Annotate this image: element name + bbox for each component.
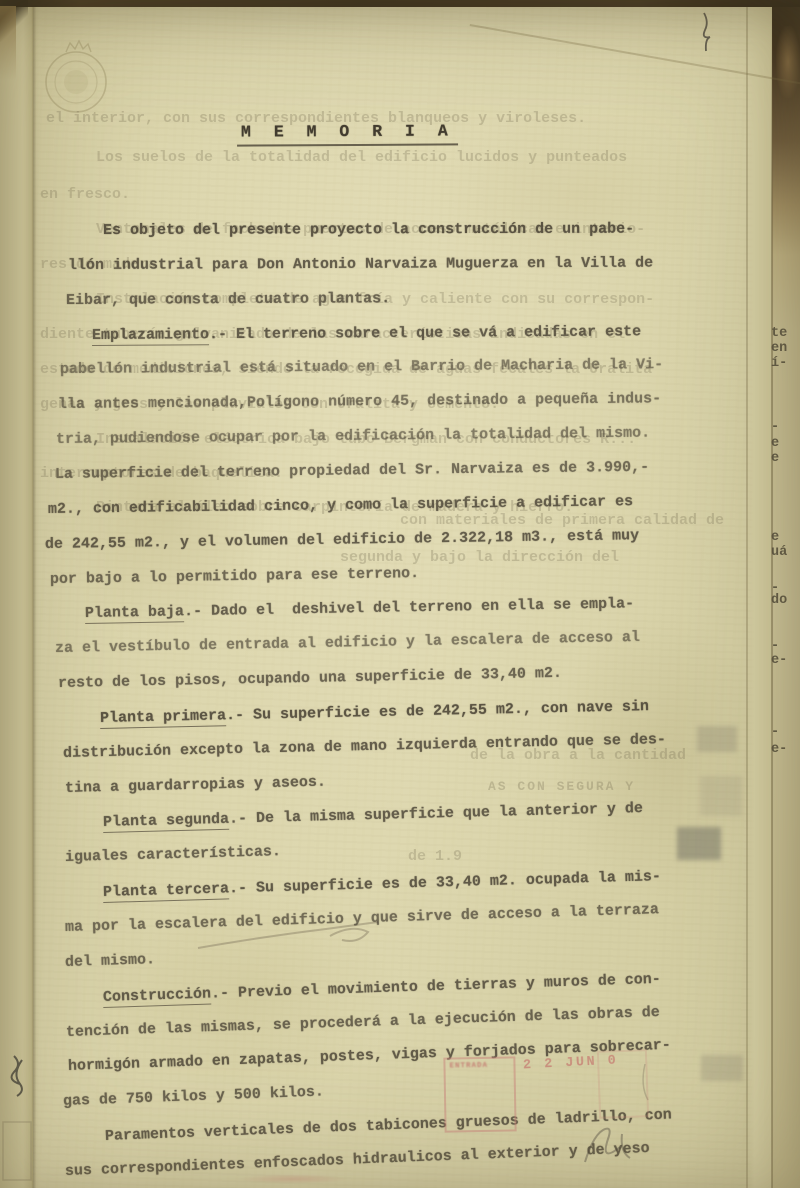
gray-smudge xyxy=(701,1055,743,1081)
text-line: sus correspondientes enfoscados hidrauli… xyxy=(65,1140,650,1180)
pencil-and-seal-marks xyxy=(0,0,800,1188)
margin-fragment: í- xyxy=(771,356,787,371)
document-title: M E M O R I A xyxy=(237,121,458,146)
scanned-document-photo: el interior, con sus correspondientes bl… xyxy=(0,0,800,1188)
margin-fragment: e xyxy=(771,530,779,545)
text-line: por bajo a lo permitido para ese terreno… xyxy=(50,565,419,588)
margin-fragment: e xyxy=(771,436,779,451)
photo-top-edge xyxy=(0,0,800,7)
top-left-shadow xyxy=(0,6,16,80)
text-line: resto de los pisos, ocupando una superfi… xyxy=(58,665,562,692)
margin-fragment: uá xyxy=(771,545,787,560)
paper-texture xyxy=(0,0,800,1188)
margin-fragment: e xyxy=(771,451,779,466)
text-line: Planta segunda.- De la misma superficie … xyxy=(103,800,643,831)
margin-fragment: e- xyxy=(771,653,787,668)
text-line: Planta tercera.- Su superficie es de 33,… xyxy=(103,868,661,901)
page-edge-highlight xyxy=(776,26,800,98)
text-line: iguales características. xyxy=(65,843,281,866)
gray-smudge xyxy=(697,726,737,752)
text-line: tención de las mismas, se procederá a la… xyxy=(66,1003,660,1040)
date-stamp-box: ENTRADA xyxy=(443,1056,516,1132)
text-line: za el vestíbulo de entrada al edificio y… xyxy=(55,629,640,657)
text-line: tina a guardarropias y aseos. xyxy=(65,773,326,796)
text-line: Emplazamiento.- El terreno sobre el que … xyxy=(92,323,641,344)
embossed-seal xyxy=(46,41,106,112)
margin-fragment: - xyxy=(771,639,779,654)
left-page-crease xyxy=(33,0,39,1188)
gray-smudge xyxy=(700,776,742,816)
text-line: Eibar, que consta de cuatro plantas. xyxy=(66,290,390,309)
text-line: ma por la escalera del edificio y que si… xyxy=(65,901,659,936)
bleed-through-line: Los suelos de la totalidad del edificio … xyxy=(96,149,627,166)
text-line: del mismo. xyxy=(65,951,156,971)
bleed-through-line: segunda y bajo la dirección del xyxy=(340,549,619,566)
margin-fragment: - xyxy=(771,420,779,435)
margin-fragment: do xyxy=(771,593,787,608)
text-line: Planta primera.- Su superficie es de 242… xyxy=(100,698,649,727)
bleed-through-line: en fresco. xyxy=(40,186,130,203)
margin-fragment: e- xyxy=(771,742,787,757)
pen-mark-top-right xyxy=(704,13,710,51)
text-line: La superficie del terreno propiedad del … xyxy=(55,459,649,483)
bleed-through-line: AS CON SEGURA Y xyxy=(488,779,635,794)
right-page-crease xyxy=(746,0,748,1188)
underlying-page-right-edge xyxy=(747,0,772,1188)
underlying-page-left-edge xyxy=(0,0,33,1188)
bleed-through-line: con materiales de primera calidad de xyxy=(400,512,724,529)
margin-fragment: en xyxy=(771,341,787,356)
margin-fragment: - xyxy=(771,725,779,740)
text-line: Planta baja.- Dado el deshivel del terre… xyxy=(85,596,634,623)
faded-stamp-box xyxy=(597,1049,649,1119)
margin-fragment: te xyxy=(771,326,787,341)
gray-smudge xyxy=(677,827,721,860)
text-line: lla antes mencionada,Polígono número 45,… xyxy=(58,391,661,414)
photo-vignette xyxy=(0,0,800,1188)
text-line: Es objeto del presente proyecto la const… xyxy=(103,221,634,239)
text-line: gas de 750 kilos y 500 kilos. xyxy=(63,1084,324,1111)
stamp-inner-text: ENTRADA xyxy=(449,1062,488,1071)
bleed-through-line: de 1.9 xyxy=(408,848,462,865)
pink-ink-smear xyxy=(238,1174,348,1184)
text-line: Construcción.- Previo el movimiento de t… xyxy=(103,970,661,1005)
text-line: llón industrial para Don Antonio Narvaiz… xyxy=(68,254,653,273)
text-line: Paramentos verticales de dos tabicones g… xyxy=(105,1107,672,1146)
